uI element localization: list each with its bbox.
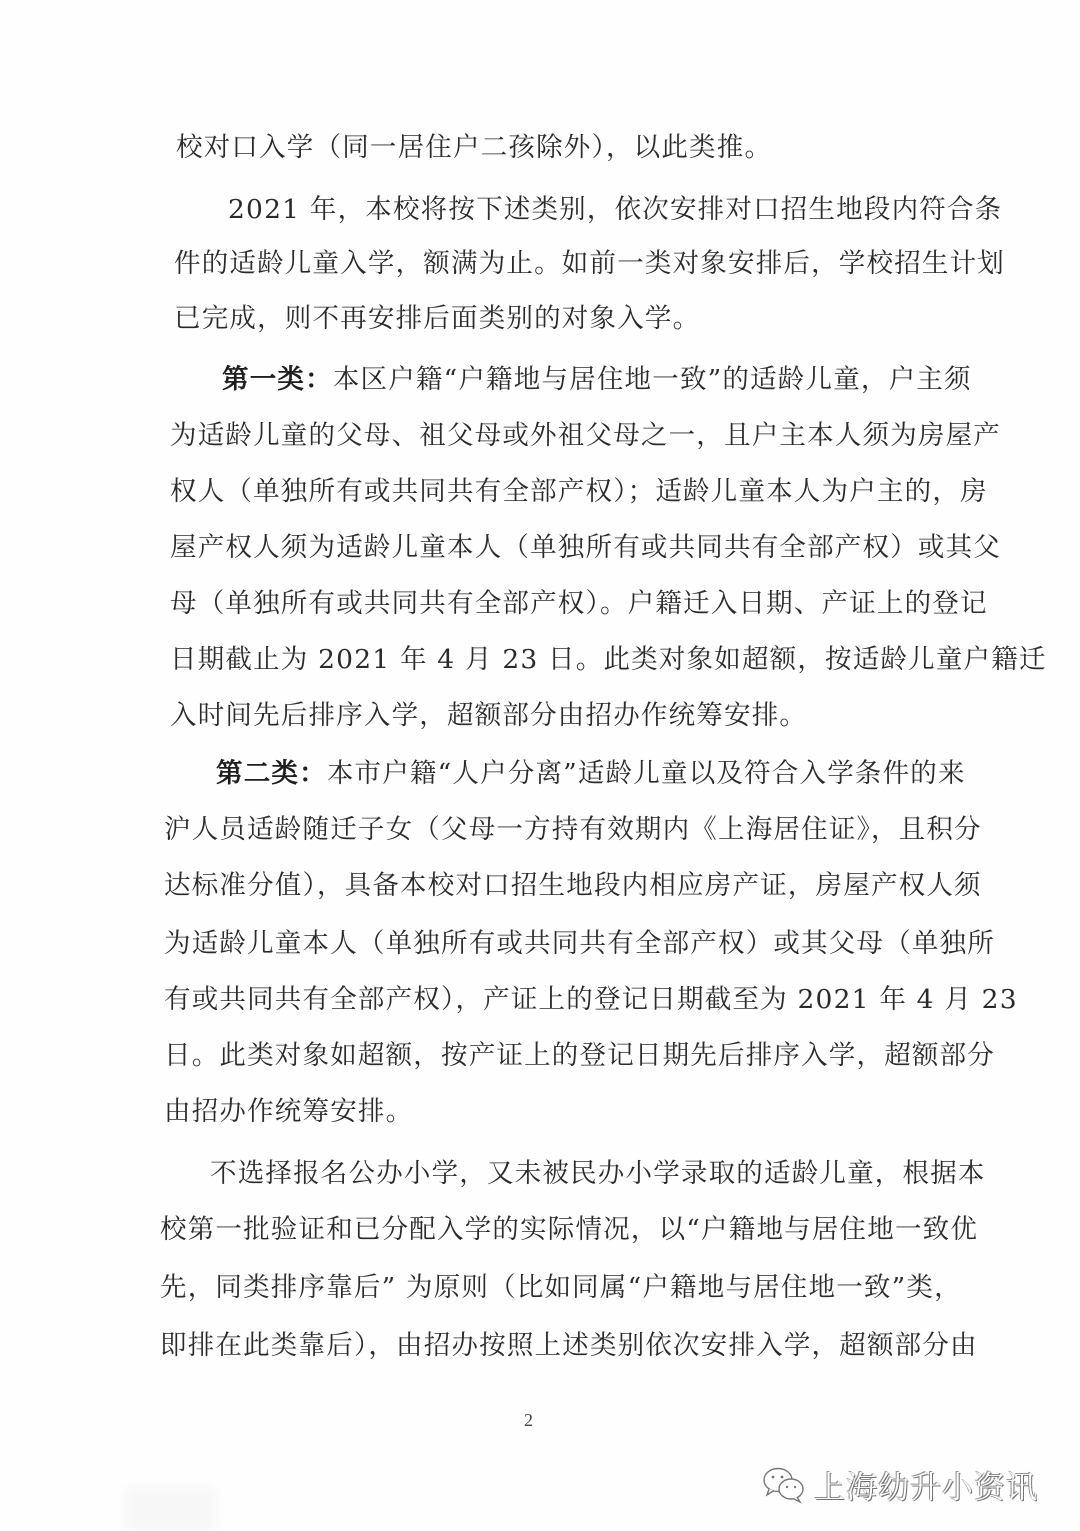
category-2-first-line: 第二类：本市户籍“人户分离”适龄儿童以及符合入学条件的来 xyxy=(216,757,920,791)
wechat-icon xyxy=(762,1465,806,1505)
category-2-heading: 第二类： xyxy=(216,757,327,791)
document-page: 校对口入学（同一居住户二孩除外），以此类推。 2021 年，本校将按下述类别，依… xyxy=(0,0,1080,1531)
text-line: 先，同类排序靠后” 为原则（比如同属“户籍地与居住地一致”类， xyxy=(160,1271,918,1305)
text-line: 不选择报名公办小学，又未被民办小学录取的适龄儿童，根据本 xyxy=(210,1157,918,1191)
text-line: 本区户籍“户籍地与居住地一致”的适龄儿童，户主须 xyxy=(333,363,972,397)
text-line: 达标准分值），具备本校对口招生地段内相应房产证，房屋产权人须 xyxy=(164,869,920,903)
text-line: 为适龄儿童的父母、祖父母或外祖父母之一，且户主本人须为房屋产 xyxy=(170,419,924,453)
page-number: 2 xyxy=(524,1410,533,1431)
text-line: 沪人员适龄随迁子女（父母一方持有效期内《上海居住证》，且积分 xyxy=(164,813,920,847)
text-line: 日。此类对象如超额，按产证上的登记日期先后排序入学，超额部分 xyxy=(164,1039,920,1073)
watermark: 上海幼升小资讯 xyxy=(762,1462,1038,1507)
text-line: 权人（单独所有或共同共有全部产权）；适龄儿童本人为户主的，房 xyxy=(170,475,924,509)
text-line: 日期截止为 2021 年 4 月 23 日。此类对象如超额，按适龄儿童户籍迁 xyxy=(170,643,924,677)
text-line: 本市户籍“人户分离”适龄儿童以及符合入学条件的来 xyxy=(327,757,966,791)
category-1-first-line: 第一类：本区户籍“户籍地与居住地一致”的适龄儿童，户主须 xyxy=(222,363,924,397)
text-line: 有或共同共有全部产权），产证上的登记日期截至为 2021 年 4 月 23 xyxy=(164,983,920,1017)
text-line: 校对口入学（同一居住户二孩除外），以此类推。 xyxy=(176,131,934,165)
text-line: 母（单独所有或共同共有全部产权）。户籍迁入日期、产证上的登记 xyxy=(170,587,924,621)
text-line: 校第一批验证和已分配入学的实际情况，以“户籍地与居住地一致优 xyxy=(160,1213,918,1247)
scan-smudge xyxy=(126,1488,216,1531)
text-line: 屋产权人须为适龄儿童本人（单独所有或共同共有全部产权）或其父 xyxy=(170,531,924,565)
text-line: 为适龄儿童本人（单独所有或共同共有全部产权）或其父母（单独所 xyxy=(164,927,920,961)
category-1-heading: 第一类： xyxy=(222,363,333,397)
text-line: 由招办作统筹安排。 xyxy=(164,1095,914,1129)
text-line: 入时间先后排序入学，超额部分由招办作统筹安排。 xyxy=(170,699,920,733)
text-line: 2021 年，本校将按下述类别，依次安排对口招生地段内符合条 xyxy=(228,193,926,227)
watermark-text: 上海幼升小资讯 xyxy=(814,1462,1038,1507)
text-line: 已完成，则不再安排后面类别的对象入学。 xyxy=(174,302,924,336)
text-line: 即排在此类靠后），由招办按照上述类别依次安排入学，超额部分由 xyxy=(160,1329,918,1363)
text-line: 件的适龄儿童入学，额满为止。如前一类对象安排后，学校招生计划 xyxy=(174,247,926,281)
